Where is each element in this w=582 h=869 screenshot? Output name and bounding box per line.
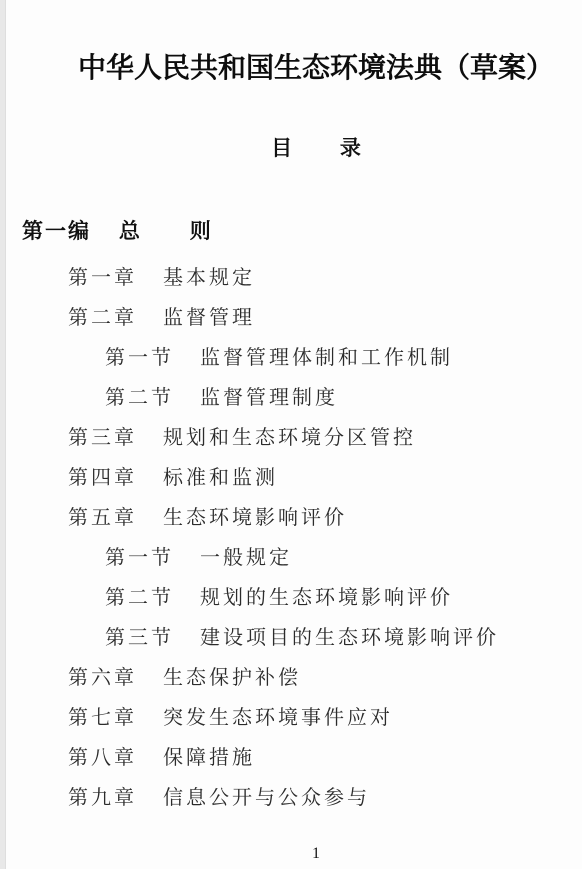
toc-item-number: 第二章 xyxy=(68,307,137,329)
toc-item[interactable]: 第六章 生态保护补偿 xyxy=(68,658,582,698)
toc-item[interactable]: 第二节 监督管理制度 xyxy=(105,378,582,418)
toc-item-title: 生态保护补偿 xyxy=(163,667,301,689)
toc-item-number: 第六章 xyxy=(68,667,137,689)
toc-item[interactable]: 第三节 建设项目的生态环境影响评价 xyxy=(105,618,582,658)
toc-item[interactable]: 第七章 突发生态环境事件应对 xyxy=(68,698,582,738)
page-title: 中华人民共和国生态环境法典（草案） xyxy=(50,52,582,86)
toc-item[interactable]: 第三章 规划和生态环境分区管控 xyxy=(68,418,582,458)
toc-item-number: 第九章 xyxy=(68,787,137,809)
page-number: 1 xyxy=(50,845,582,863)
toc-item-number: 第八章 xyxy=(68,747,137,769)
part-title-char-b: 则 xyxy=(190,220,213,243)
toc-item[interactable]: 第四章 标准和监测 xyxy=(68,458,582,498)
toc-item-title: 突发生态环境事件应对 xyxy=(163,707,393,729)
part-heading: 第一编 总 则 xyxy=(22,218,582,246)
toc-item[interactable]: 第五章 生态环境影响评价 xyxy=(68,498,582,538)
toc-item-title: 监督管理 xyxy=(163,307,255,329)
toc-item[interactable]: 第八章 保障措施 xyxy=(68,738,582,778)
toc-item-number: 第一节 xyxy=(105,347,174,369)
toc-item[interactable]: 第九章 信息公开与公众参与 xyxy=(68,778,582,818)
toc-heading: 目 录 xyxy=(50,136,582,162)
toc-item-title: 监督管理制度 xyxy=(200,387,338,409)
toc-item-number: 第三节 xyxy=(105,627,174,649)
toc-item-number: 第一节 xyxy=(105,547,174,569)
toc-item-title: 基本规定 xyxy=(163,267,255,289)
toc-item-title: 监督管理体制和工作机制 xyxy=(200,347,453,369)
toc-item[interactable]: 第一节 一般规定 xyxy=(105,538,582,578)
toc-item-number: 第三章 xyxy=(68,427,137,449)
toc-item-number: 第五章 xyxy=(68,507,137,529)
part-title-char-a: 总 xyxy=(119,220,142,243)
toc-item-title: 生态环境影响评价 xyxy=(163,507,347,529)
toc-item[interactable]: 第二章 监督管理 xyxy=(68,298,582,338)
toc-item-title: 规划的生态环境影响评价 xyxy=(200,587,453,609)
toc-item-number: 第二节 xyxy=(105,587,174,609)
toc-heading-char-second: 录 xyxy=(340,137,361,160)
toc-item-title: 信息公开与公众参与 xyxy=(163,787,370,809)
toc-item[interactable]: 第一节 监督管理体制和工作机制 xyxy=(105,338,582,378)
toc-item-title: 保障措施 xyxy=(163,747,255,769)
toc-item-title: 建设项目的生态环境影响评价 xyxy=(200,627,499,649)
toc-list: 第一章 基本规定 第二章 监督管理 第一节 监督管理体制和工作机制 第二节 监督… xyxy=(6,258,582,818)
toc-heading-char-first: 目 xyxy=(271,137,292,160)
toc-item-number: 第一章 xyxy=(68,267,137,289)
toc-item-title: 一般规定 xyxy=(200,547,292,569)
toc-item[interactable]: 第二节 规划的生态环境影响评价 xyxy=(105,578,582,618)
toc-item[interactable]: 第一章 基本规定 xyxy=(68,258,582,298)
toc-item-number: 第二节 xyxy=(105,387,174,409)
toc-item-title: 规划和生态环境分区管控 xyxy=(163,427,416,449)
toc-item-title: 标准和监测 xyxy=(163,467,278,489)
toc-item-number: 第四章 xyxy=(68,467,137,489)
toc-item-number: 第七章 xyxy=(68,707,137,729)
document-page: 中华人民共和国生态环境法典（草案） 目 录 第一编 总 则 第一章 基本规定 第… xyxy=(6,0,582,869)
part-number: 第一编 xyxy=(22,220,91,243)
